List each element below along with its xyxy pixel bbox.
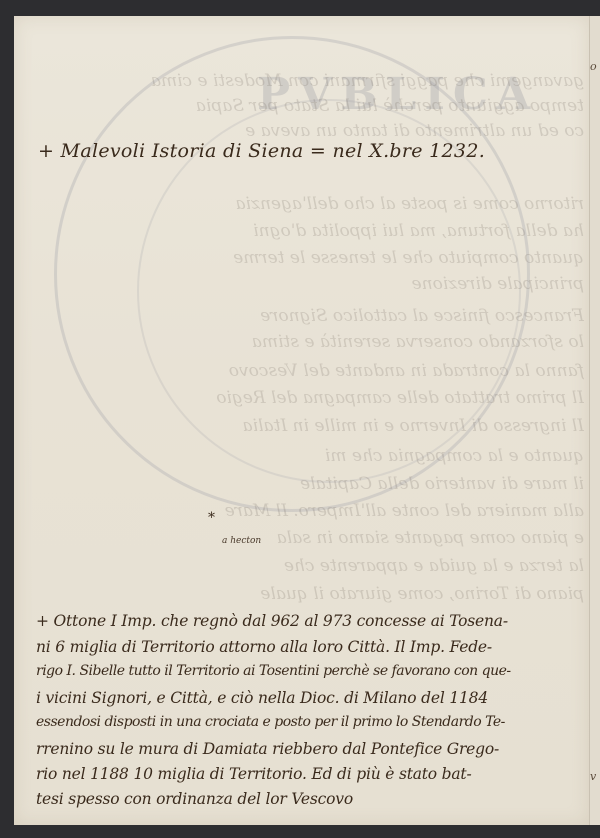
bleed-through-text: gavangemi che paggi sfirmani con Modesti… <box>44 71 584 91</box>
bleed-through-text: ritorno come is poste al cho dell'agenzi… <box>44 194 584 214</box>
adjacent-page-edge <box>589 16 600 825</box>
bleed-through-text: quanto compiuto che le tenesse le terme <box>44 248 584 268</box>
bleed-through-text: Il ingresso di Inverno e in mille in Ita… <box>44 416 584 436</box>
text-line: essendosi disposti in una crociata e pos… <box>36 714 505 730</box>
adjacent-page-mark: o <box>590 60 597 73</box>
entry-heading: + Malevoli Istoria di Siena = nel X.bre … <box>38 140 485 162</box>
text-line: i vicini Signori, e Città, e ciò nella D… <box>36 689 488 707</box>
bleed-through-text: lo sforzando conserva serenità e stima <box>44 332 584 352</box>
bleed-through-text: fanno la contrada in andante del Vescovo <box>44 361 584 381</box>
adjacent-page-mark: v <box>590 770 596 783</box>
bleed-through-text: tempo aggiunto perchè lui la Stato per S… <box>44 96 584 116</box>
bleed-through-text: la terza e la guida e apparente che <box>44 556 584 576</box>
bleed-through-text: principale direzione <box>44 274 584 294</box>
bleed-through-text: Il primo trattato delle campagna del Reg… <box>44 388 584 408</box>
text-line: ni 6 miglia di Territorio attorno alla l… <box>36 638 492 656</box>
text-line: rio nel 1188 10 miglia di Territorio. Ed… <box>36 765 471 783</box>
text-line: rrenino su le mura di Damiata riebbero d… <box>36 740 499 758</box>
text-line: tesi spesso con ordinanza del lor Vescov… <box>36 790 353 808</box>
bleed-through-text: il mare di vanterio della Capitale <box>44 474 584 494</box>
bleed-through-text: piano di Torino, come giurato il quale <box>44 584 584 604</box>
marginal-annotation: a hecton <box>222 536 261 546</box>
bleed-through-text: ha della fortuna, ma lui ippolita d'ogni <box>44 221 584 241</box>
bleed-through-text: Francesco finisce al cattolico Signore <box>44 306 584 326</box>
bleed-through-text: e piano come pagante siamo in sala <box>44 528 584 548</box>
bleed-through-text: quanto e la compagnia che mi <box>44 446 584 466</box>
text-line: + Ottone I Imp. che regnò dal 962 al 973… <box>36 612 508 630</box>
bleed-through-text: co ed un altrimento di tanto un aveva e <box>44 121 584 141</box>
text-line: rigo I. Sibelle tutto il Territorio ai T… <box>36 663 511 679</box>
ink-mark: * <box>208 510 215 526</box>
bleed-through-text: alla maniera del conte all'Impero. Il Ma… <box>44 501 584 521</box>
